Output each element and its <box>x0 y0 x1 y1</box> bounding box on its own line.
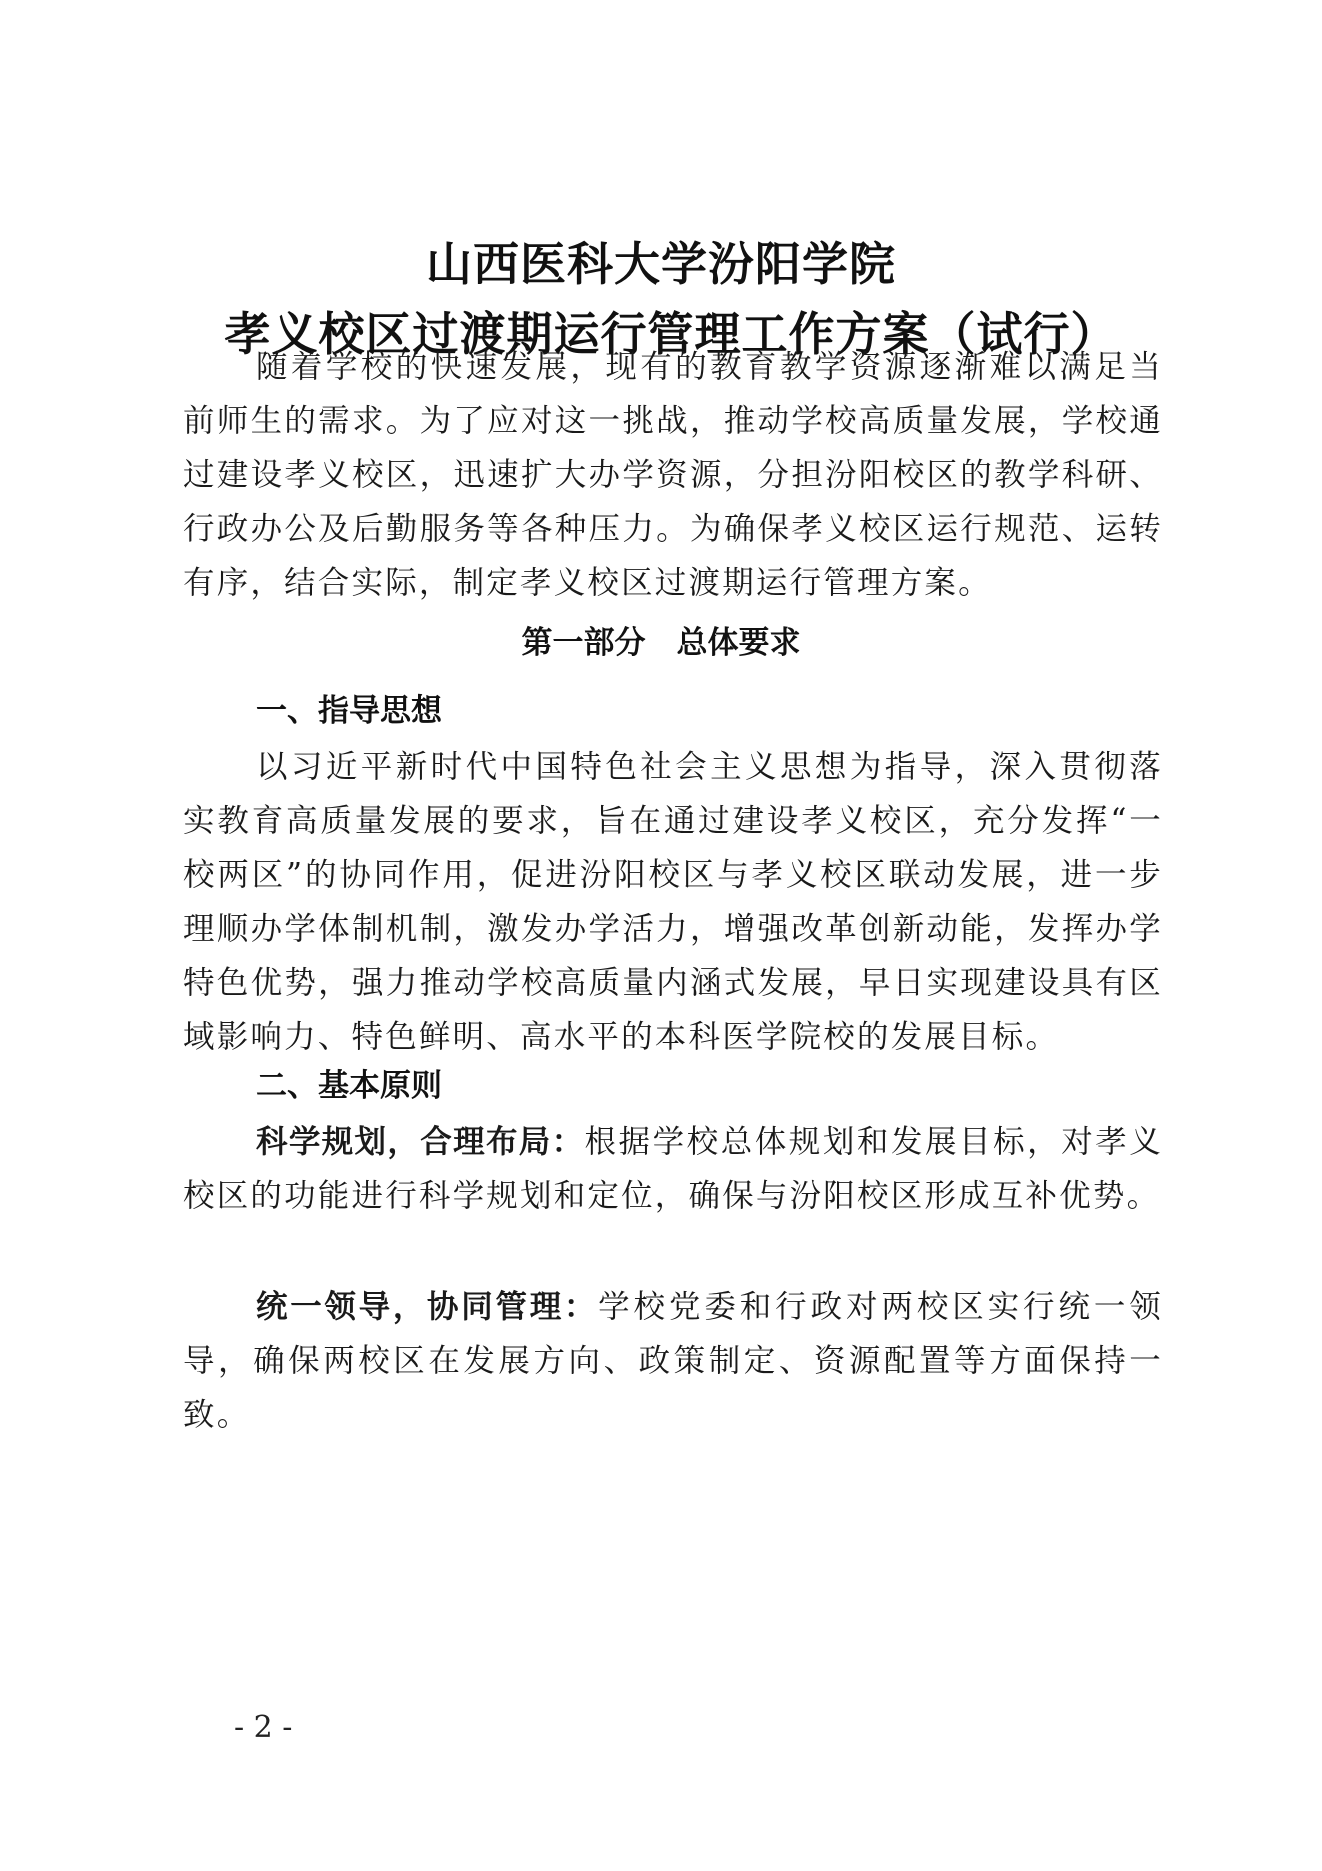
principle-2-lead: 统一领导，协同管理： <box>256 1289 598 1325</box>
section-1-paragraph: 以习近平新时代中国特色社会主义思想为指导，深入贯彻落实教育高质量发展的要求，旨在… <box>183 740 1163 1064</box>
principle-1-lead: 科学规划，合理布局： <box>256 1124 585 1160</box>
principle-1-paragraph: 科学规划，合理布局：根据学校总体规划和发展目标，对孝义校区的功能进行科学规划和定… <box>183 1115 1163 1223</box>
page-number: - 2 - <box>234 1710 292 1745</box>
section-2-heading: 二、基本原则 <box>256 1060 442 1105</box>
document-title-line-1: 山西医科大学汾阳学院 <box>0 228 1322 294</box>
document-page: 山西医科大学汾阳学院 孝义校区过渡期运行管理工作方案（试行） 随着学校的快速发展… <box>0 0 1322 1871</box>
section-1-heading: 一、指导思想 <box>256 685 442 730</box>
part-1-title: 第一部分 总体要求 <box>0 617 1322 662</box>
intro-paragraph: 随着学校的快速发展，现有的教育教学资源逐渐难以满足当前师生的需求。为了应对这一挑… <box>183 340 1163 610</box>
principle-2-paragraph: 统一领导，协同管理：学校党委和行政对两校区实行统一领导，确保两校区在发展方向、政… <box>183 1280 1163 1442</box>
